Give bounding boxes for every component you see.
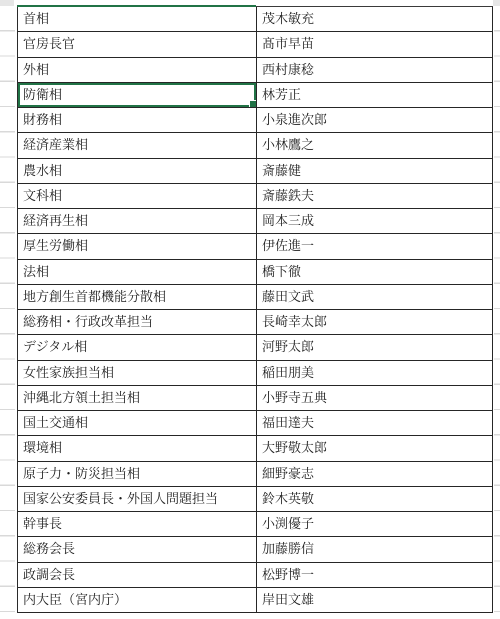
table-row: 農水相 斎藤健 (18, 159, 493, 184)
table-row: 外相 西村康稔 (18, 58, 493, 83)
table-row: 国家公安委員長・外国人問題担当 鈴木英敬 (18, 487, 493, 512)
table-row: 地方創生首都機能分散相 藤田文武 (18, 285, 493, 310)
table-row: 環境相 大野敬太郎 (18, 436, 493, 461)
cell-name[interactable]: 岡本三成 (257, 209, 493, 233)
cell-name[interactable]: 小林鷹之 (257, 133, 493, 157)
table-row: 幹事長 小渕優子 (18, 512, 493, 537)
cell-name[interactable]: 斎藤鉄夫 (257, 184, 493, 208)
cell-position[interactable]: 外相 (18, 58, 257, 82)
table-row: 原子力・防災担当相 細野豪志 (18, 462, 493, 487)
cell-name[interactable]: 岸田文雄 (257, 588, 493, 612)
cell-position[interactable]: 政調会長 (18, 563, 257, 587)
table-row: 法相 橋下徹 (18, 260, 493, 285)
cell-name[interactable]: 大野敬太郎 (257, 436, 493, 460)
table-row: 総務相・行政改革担当 長崎幸太郎 (18, 310, 493, 335)
cell-position[interactable]: 国土交通相 (18, 411, 257, 435)
cell-name[interactable]: 河野太郎 (257, 335, 493, 359)
cell-position[interactable]: 法相 (18, 260, 257, 284)
table-row: 防衛相 林芳正 (18, 83, 493, 108)
right-gutter-gridlines (494, 6, 500, 619)
cell-name[interactable]: 小泉進次郎 (257, 108, 493, 132)
cell-position[interactable]: 農水相 (18, 159, 257, 183)
cell-position[interactable]: 原子力・防災担当相 (18, 462, 257, 486)
cell-name[interactable]: 鈴木英敬 (257, 487, 493, 511)
table-row: 財務相 小泉進次郎 (18, 108, 493, 133)
cell-name[interactable]: 稲田朋美 (257, 361, 493, 385)
table-row: 厚生労働相 伊佐進一 (18, 234, 493, 259)
cell-position[interactable]: 経済産業相 (18, 133, 257, 157)
cell-name[interactable]: 伊佐進一 (257, 234, 493, 258)
cell-position[interactable]: 経済再生相 (18, 209, 257, 233)
cell-name[interactable]: 福田達夫 (257, 411, 493, 435)
cell-position[interactable]: 沖縄北方領土担当相 (18, 386, 257, 410)
cell-name[interactable]: 橋下徹 (257, 260, 493, 284)
cell-name[interactable]: 茂木敏充 (257, 7, 493, 31)
cell-position[interactable]: 環境相 (18, 436, 257, 460)
cabinet-table: 首相 茂木敏充 官房長官 髙市早苗 外相 西村康稔 防衛相 林芳正 財務相 小泉… (17, 6, 493, 613)
table-row: 経済再生相 岡本三成 (18, 209, 493, 234)
table-row: 首相 茂木敏充 (18, 7, 493, 32)
cell-position[interactable]: 総務会長 (18, 537, 257, 561)
left-gutter-gridlines (0, 6, 15, 619)
cell-position[interactable]: 首相 (18, 7, 257, 31)
cell-position[interactable]: 国家公安委員長・外国人問題担当 (18, 487, 257, 511)
table-row: 経済産業相 小林鷹之 (18, 133, 493, 158)
cell-position[interactable]: 官房長官 (18, 32, 257, 56)
cell-name[interactable]: 小渕優子 (257, 512, 493, 536)
cell-name[interactable]: 松野博一 (257, 563, 493, 587)
table-row: 総務会長 加藤勝信 (18, 537, 493, 562)
cell-position[interactable]: 幹事長 (18, 512, 257, 536)
cell-name[interactable]: 西村康稔 (257, 58, 493, 82)
cell-position[interactable]: 財務相 (18, 108, 257, 132)
table-row: 政調会長 松野博一 (18, 563, 493, 588)
table-row: 沖縄北方領土担当相 小野寺五典 (18, 386, 493, 411)
cell-position[interactable]: 総務相・行政改革担当 (18, 310, 257, 334)
cell-name[interactable]: 林芳正 (257, 83, 493, 107)
table-row: 文科相 斎藤鉄夫 (18, 184, 493, 209)
cell-name[interactable]: 長崎幸太郎 (257, 310, 493, 334)
spreadsheet-viewport: 首相 茂木敏充 官房長官 髙市早苗 外相 西村康稔 防衛相 林芳正 財務相 小泉… (0, 0, 500, 619)
table-row: デジタル相 河野太郎 (18, 335, 493, 360)
cell-name[interactable]: 細野豪志 (257, 462, 493, 486)
table-row: 国土交通相 福田達夫 (18, 411, 493, 436)
active-cell[interactable]: 防衛相 (18, 83, 257, 107)
cell-position[interactable]: デジタル相 (18, 335, 257, 359)
cell-position[interactable]: 文科相 (18, 184, 257, 208)
cell-name[interactable]: 髙市早苗 (257, 32, 493, 56)
table-row: 女性家族担当相 稲田朋美 (18, 361, 493, 386)
cell-name[interactable]: 小野寺五典 (257, 386, 493, 410)
cell-name[interactable]: 藤田文武 (257, 285, 493, 309)
cell-name[interactable]: 加藤勝信 (257, 537, 493, 561)
table-row: 内大臣（宮内庁） 岸田文雄 (18, 588, 493, 613)
table-row: 官房長官 髙市早苗 (18, 32, 493, 57)
selection-edge-above (17, 5, 256, 8)
cell-name[interactable]: 斎藤健 (257, 159, 493, 183)
cell-position[interactable]: 内大臣（宮内庁） (18, 588, 257, 612)
cell-position[interactable]: 厚生労働相 (18, 234, 257, 258)
fill-handle[interactable] (249, 100, 257, 107)
cell-position[interactable]: 地方創生首都機能分散相 (18, 285, 257, 309)
cell-position[interactable]: 女性家族担当相 (18, 361, 257, 385)
